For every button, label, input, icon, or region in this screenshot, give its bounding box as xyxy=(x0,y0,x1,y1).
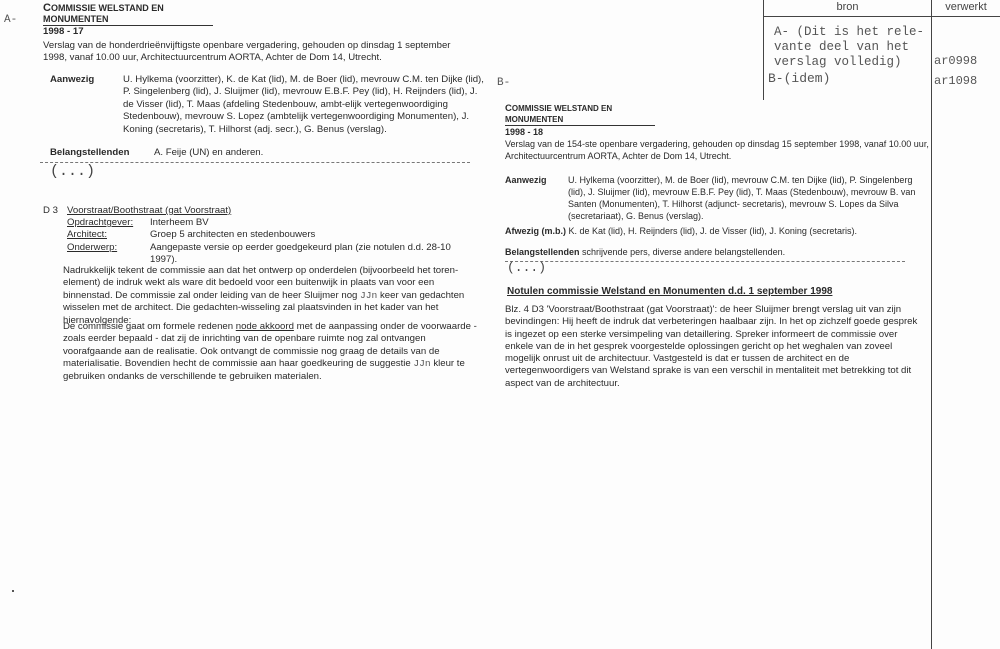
report-number: 1998 - 17 xyxy=(43,26,213,38)
paragraph-2: De commissie gaat om formele redenen nod… xyxy=(63,321,481,383)
source-cell-b: B-(idem) xyxy=(768,73,830,85)
redacted-word: JJn xyxy=(360,290,377,301)
item-code: D 3 xyxy=(43,205,58,217)
processed-cell-b: ar1098 xyxy=(934,75,977,87)
marker-a: A- xyxy=(4,14,17,26)
minutes-text: Blz. 4 D3 'Voorstraat/Boothstraat (gat V… xyxy=(505,304,925,390)
item-title: Voorstraat/Boothstraat (gat Voorstraat) xyxy=(67,205,231,217)
paragraph-1: Nadrukkelijk tekent de commissie aan dat… xyxy=(63,265,481,327)
table-header-border xyxy=(763,16,1000,17)
divider xyxy=(505,261,905,262)
minutes-title: Notulen commissie Welstand en Monumenten… xyxy=(507,286,832,298)
present-text: U. Hylkema (voorzitter), K. de Kat (lid)… xyxy=(123,74,488,136)
marker-b: B- xyxy=(497,77,510,89)
interested-text: A. Feije (UN) en anderen. xyxy=(154,147,263,159)
present-label: Aanwezig xyxy=(50,74,94,86)
column-header-processed: verwerkt xyxy=(932,1,1000,13)
column-header-source: bron xyxy=(764,1,931,13)
present-text: U. Hylkema (voorzitter), M. de Boer (lid… xyxy=(568,174,928,222)
interested-label: Belangstellenden xyxy=(50,147,129,159)
org-header: COMMISSIE WELSTAND EN MONUMENTEN xyxy=(43,3,213,26)
scan-speck xyxy=(12,590,14,592)
present-label: Aanwezig xyxy=(505,174,547,186)
report-number: 1998 - 18 xyxy=(505,126,655,138)
report-intro: Verslag van de honderdrieënvijftigste op… xyxy=(43,40,468,65)
source-cell-a: A- (Dit is het rele- vante deel van het … xyxy=(774,25,930,70)
table-column-divider xyxy=(931,0,932,649)
omission-mark: (...) xyxy=(50,166,95,178)
report-intro: Verslag van de 154-ste openbare vergader… xyxy=(505,138,930,162)
divider xyxy=(40,162,470,163)
redacted-word: JJn xyxy=(413,358,430,369)
org-header: COMMISSIE WELSTAND EN MONUMENTEN xyxy=(505,103,655,126)
interested-row: Belangstellenden schrijvende pers, diver… xyxy=(505,246,785,258)
processed-cell-a: ar0998 xyxy=(934,55,977,67)
table-border-left xyxy=(763,0,764,100)
absent-row: Afwezig (m.b.) K. de Kat (lid), H. Reijn… xyxy=(505,225,857,237)
item-fields: Opdrachtgever:Interheem BV Architect:Gro… xyxy=(67,217,477,267)
omission-mark: (...) xyxy=(507,262,546,274)
